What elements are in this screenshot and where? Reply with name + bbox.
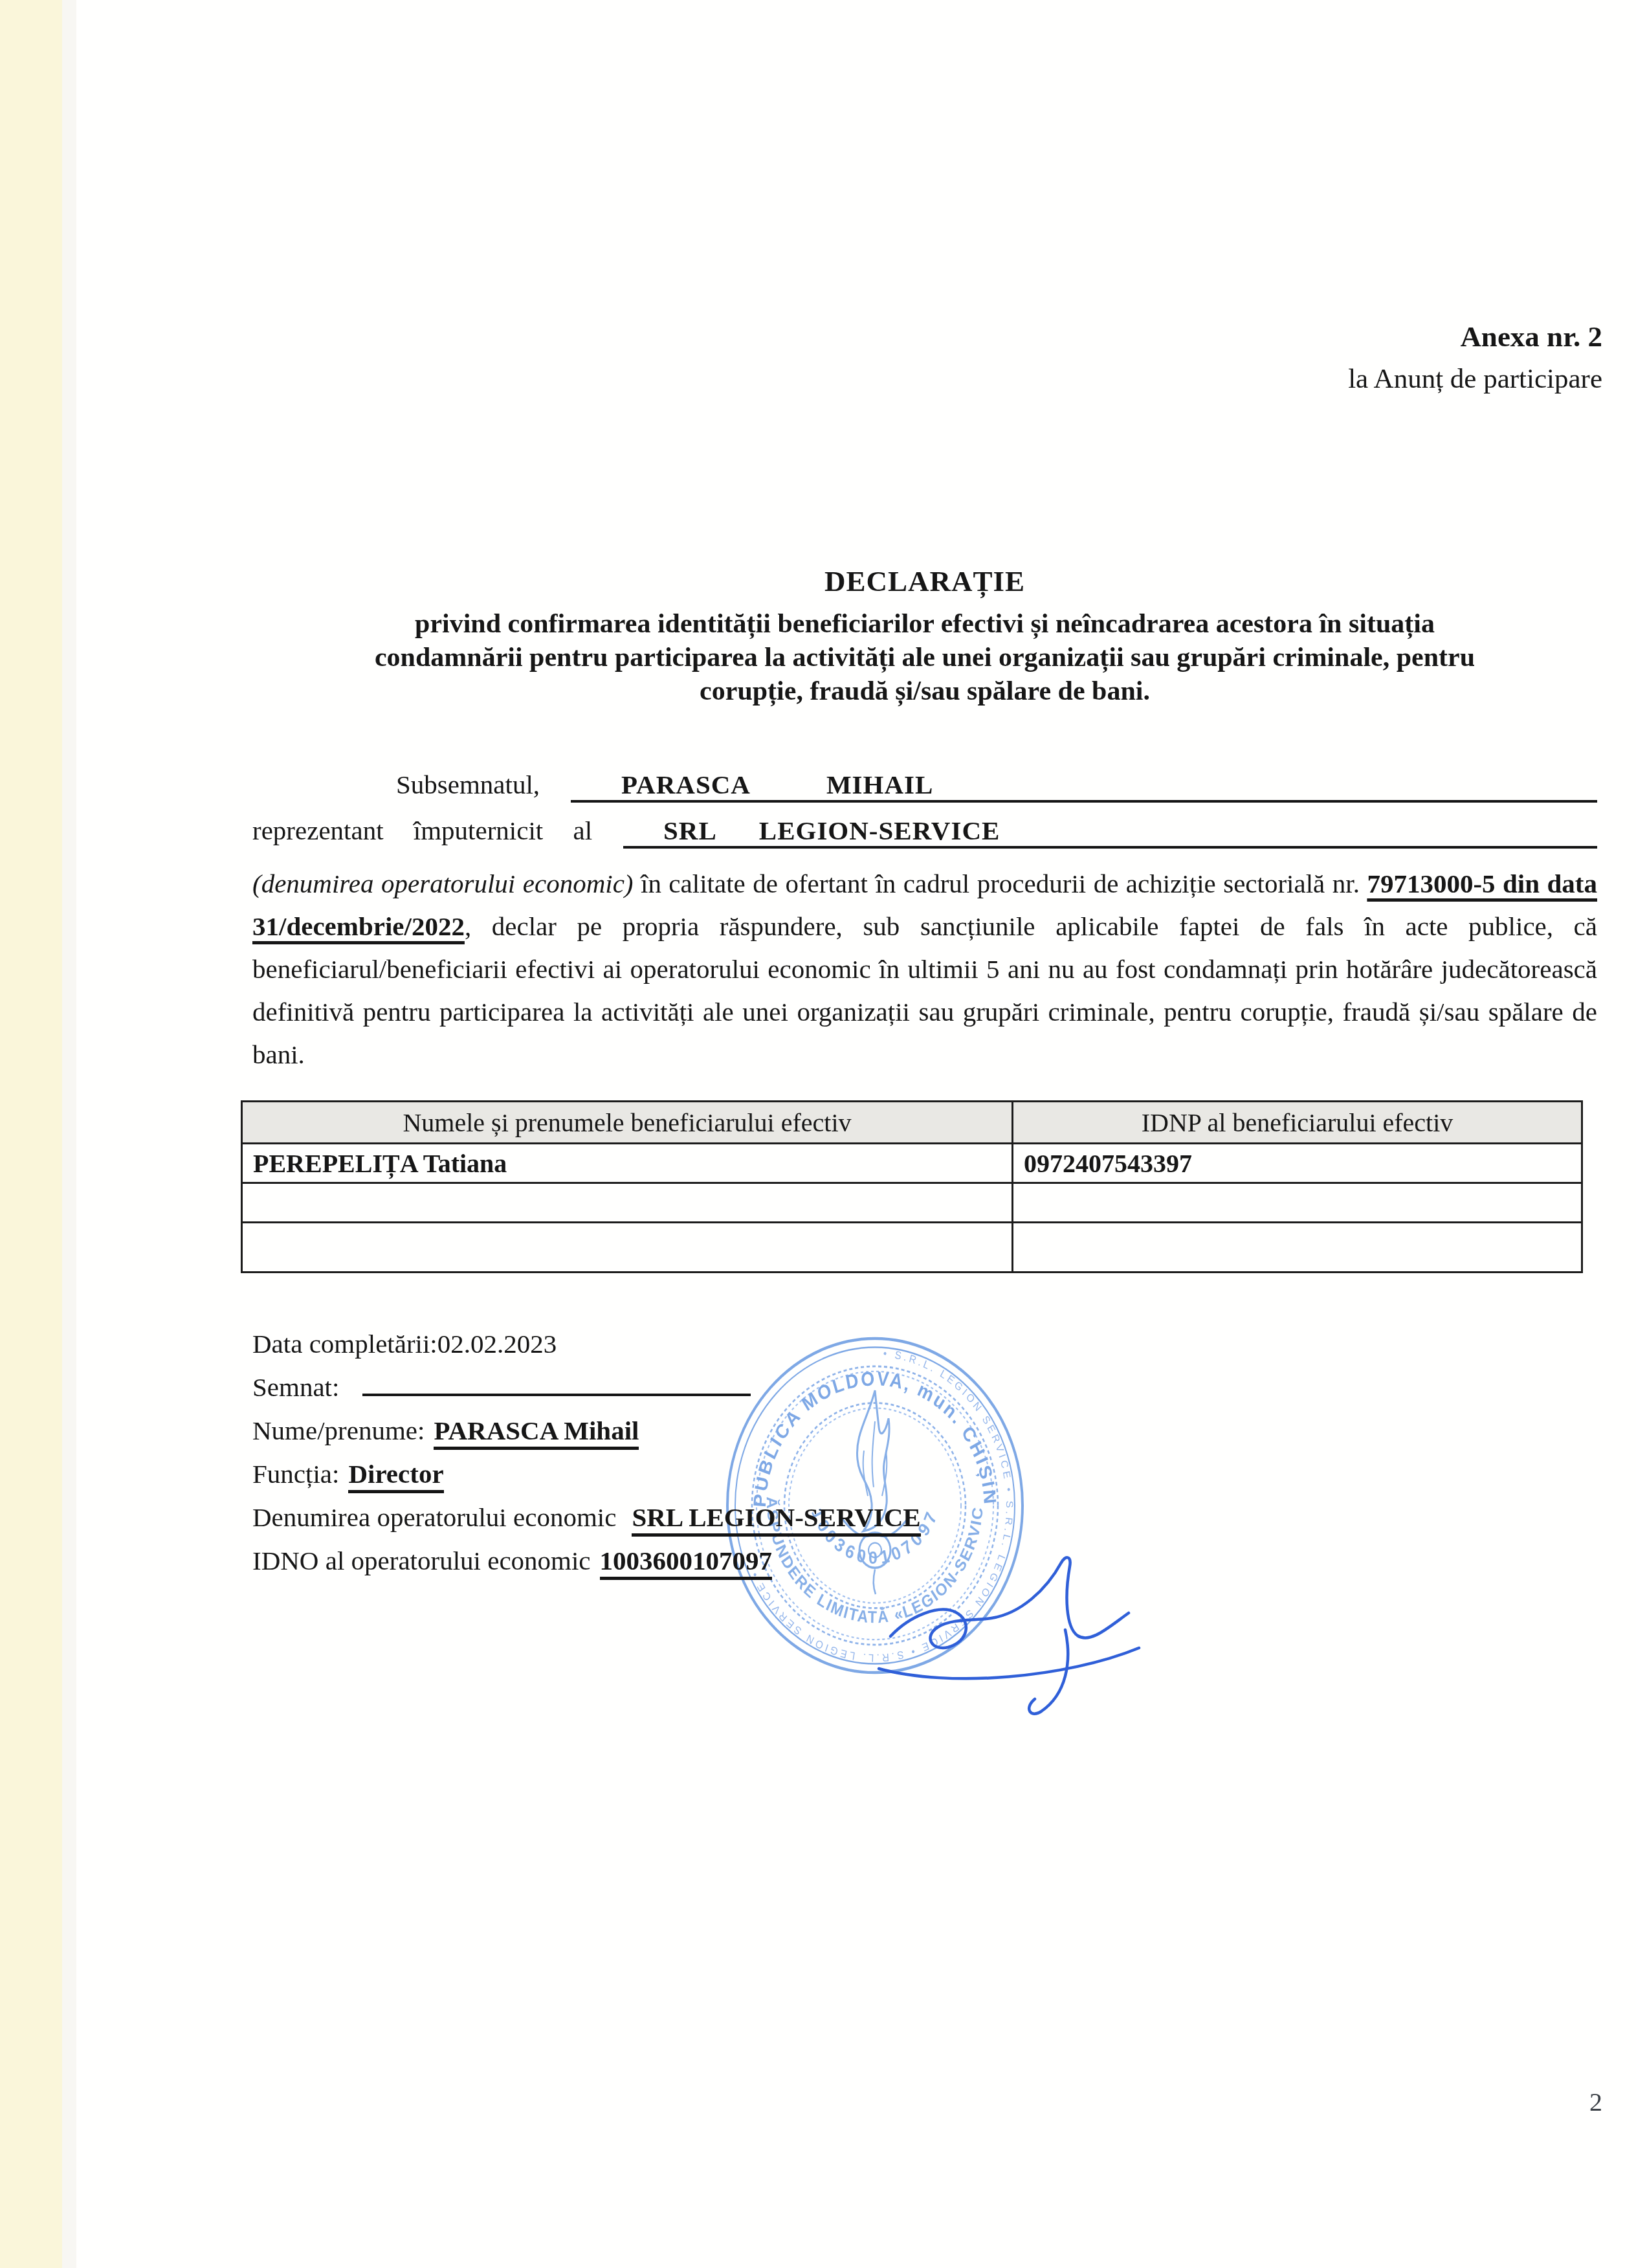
name-label: Nume/prenume: [252,1415,425,1446]
position-label: Funcția: [252,1458,339,1489]
beneficiary-name-cell [242,1223,1013,1273]
document-title: DECLARAȚIE [252,564,1597,598]
signature-block: Data completării:02.02.2023 Semnat: Nume… [252,1328,921,1588]
fill-date-label: Data completării: [252,1328,437,1359]
signature-blank-underline [362,1372,751,1396]
beneficiary-idnp-cell: 0972407543397 [1013,1144,1582,1183]
company-name-label: Denumirea operatorului economic [252,1502,616,1533]
position-value: Director [348,1458,443,1493]
document-title-block: DECLARAȚIE privind confirmarea identităț… [252,564,1597,708]
beneficiaries-table: Numele și prenumele beneficiarului efect… [241,1100,1583,1273]
scan-edge-shadow [62,0,76,2268]
scanned-declaration-page: Anexa nr. 2 la Anunț de participare DECL… [0,0,1636,2268]
fill-date-line: Data completării:02.02.2023 [252,1328,921,1372]
name-line: Nume/prenume:PARASCA Mihail [252,1415,921,1458]
declarant-name-line: Subsemnatul, PARASCA MIHAIL [252,769,1597,815]
beneficiary-idnp-cell [1013,1183,1582,1223]
idno-label: IDNO al operatorului economic [252,1545,591,1576]
title-subtitle-line3: corupție, fraudă și/sau spălare de bani. [252,674,1597,708]
declaration-paragraph: (denumirea operatorului economic) în cal… [252,862,1597,1076]
handwritten-signature [871,1551,1149,1727]
idno-value: 1003600107097 [600,1545,773,1580]
subsemnatul-label: Subsemnatul, [396,769,540,800]
paragraph-mid: în calitate de ofertant în cadrul proced… [634,869,1367,898]
company-underline: SRL LEGION-SERVICE [623,815,1597,849]
signed-label: Semnat: [252,1372,339,1403]
beneficiary-name-cell [242,1183,1013,1223]
beneficiary-idnp-cell [1013,1223,1582,1273]
signed-line: Semnat: [252,1372,921,1415]
table-header-row: Numele și prenumele beneficiarului efect… [242,1102,1582,1144]
table-row: PEREPELIȚA Tatiana 0972407543397 [242,1144,1582,1183]
page-number: 2 [1589,2087,1602,2117]
reprezentant-label: reprezentant împuternicit al [252,815,592,846]
declarant-name-value: PARASCA MIHAIL [571,769,933,800]
beneficiary-name-cell: PEREPELIȚA Tatiana [242,1144,1013,1183]
name-value: PARASCA Mihail [434,1415,639,1450]
fill-date-value: 02.02.2023 [437,1328,557,1359]
company-name-line: Denumirea operatorului economicSRL LEGIO… [252,1502,921,1545]
header-idnp-column: IDNP al beneficiarului efectiv [1013,1102,1582,1144]
idno-line: IDNO al operatorului economic10036001070… [252,1545,921,1588]
annex-subtitle: la Anunț de participare [1348,362,1602,396]
table-row [242,1223,1582,1273]
header-name-column: Numele și prenumele beneficiarului efect… [242,1102,1013,1144]
company-line: reprezentant împuternicit al SRL LEGION-… [252,815,1597,861]
position-line: Funcția:Director [252,1458,921,1502]
annex-number: Anexa nr. 2 [1348,320,1602,353]
denumirea-italic: (denumirea operatorului economic) [252,869,634,898]
scan-edge-strip [0,0,62,2268]
company-name-value: SRL LEGION-SERVICE [632,1502,920,1537]
declarant-intro: Subsemnatul, PARASCA MIHAIL reprezentant… [252,769,1597,861]
declarant-name-underline: PARASCA MIHAIL [571,769,1597,803]
table-row [242,1183,1582,1223]
annex-reference: Anexa nr. 2 la Anunț de participare [1348,320,1602,396]
title-subtitle-line1: privind confirmarea identității benefici… [252,607,1597,641]
company-value: SRL LEGION-SERVICE [623,815,1000,846]
title-subtitle-line2: condamnării pentru participarea la activ… [252,641,1597,674]
